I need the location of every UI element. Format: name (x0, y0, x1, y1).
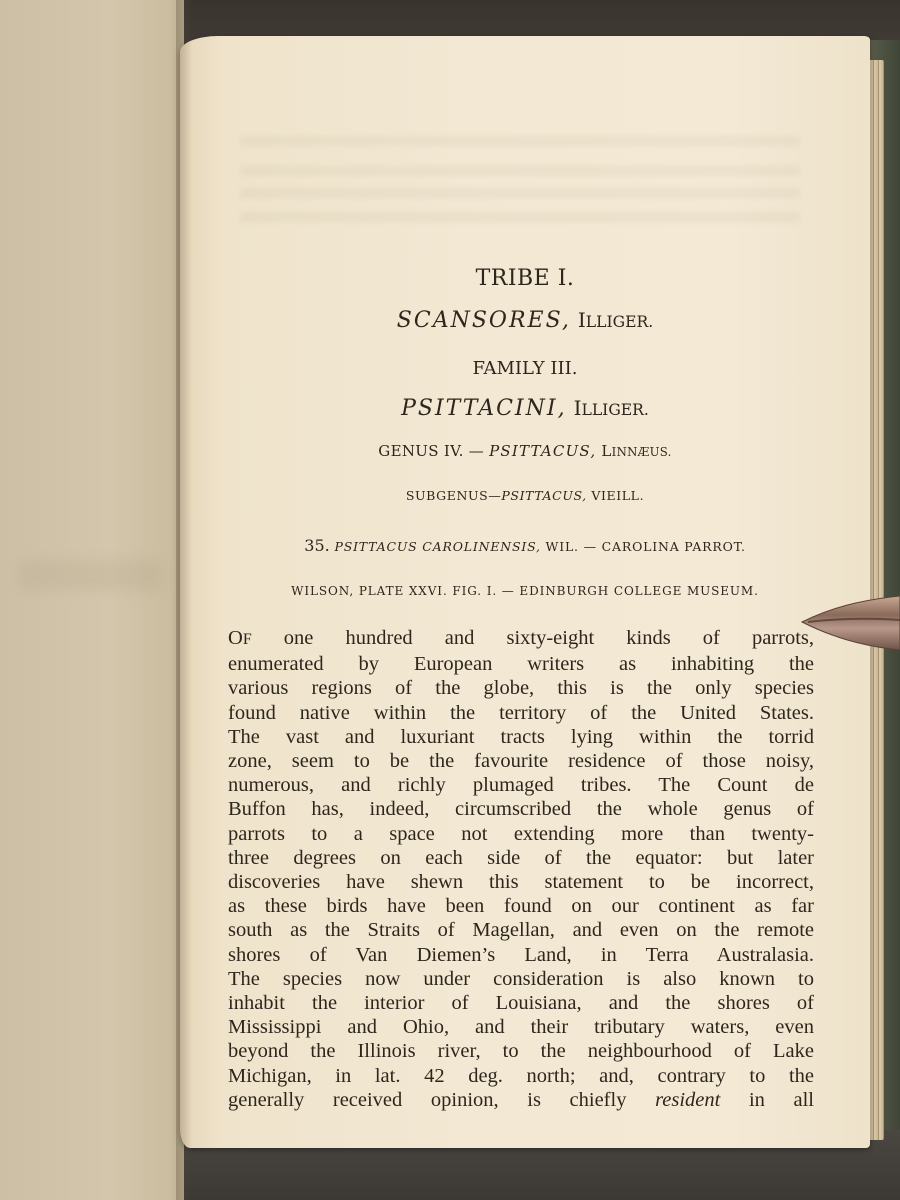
genus-author-initial: L (596, 442, 611, 460)
body-line-text: in all (720, 1089, 814, 1111)
body-line: beyond the Illinois river, to the neighb… (228, 1039, 814, 1063)
left-page-showthrough (20, 560, 160, 590)
species-number: 35. (304, 536, 329, 555)
left-facing-page (0, 0, 184, 1200)
species-entry: 35. PSITTACUS CAROLINENSIS, WIL. — CAROL… (180, 536, 870, 555)
body-line: The vast and luxuriant tracts lying with… (228, 725, 814, 749)
order-author-initial: I (578, 308, 586, 332)
species-scientific-name: PSITTACUS CAROLINENSIS, (335, 539, 541, 554)
plate-reference: WILSON, PLATE XXVI. FIG. I. — EDINBURGH … (180, 584, 870, 598)
showthrough-text (240, 212, 800, 222)
body-line: discoveries have shewn this statement to… (228, 870, 814, 894)
body-line: Michigan, in lat. 42 deg. north; and, co… (228, 1064, 814, 1088)
body-line: shores of Van Diemen’s Land, in Terra Au… (228, 943, 814, 967)
body-line: inhabit the interior of Louisiana, and t… (228, 991, 814, 1015)
subgenus-prefix: SUBGENUS— (406, 488, 502, 503)
page-gutter-shadow (176, 0, 192, 1200)
genus-heading: GENUS IV. — PSITTACUS, LINNÆUS. (180, 442, 870, 460)
family-name-heading: PSITTACINI, ILLIGER. (180, 396, 870, 421)
order-heading: SCANSORES, ILLIGER. (180, 308, 870, 333)
body-line-text: one hundred and sixty-eight kinds of par… (252, 627, 814, 649)
body-line: three degrees on each side of the equato… (228, 846, 814, 870)
family-name: PSITTACINI, (401, 396, 566, 421)
body-line: parrots to a space not extending more th… (228, 822, 814, 846)
showthrough-text (240, 188, 800, 198)
genus-prefix: GENUS IV. — (378, 442, 489, 460)
genus-name: PSITTACUS, (489, 442, 596, 460)
body-line-text: generally received opinion, is chiefly (228, 1089, 655, 1111)
order-author-rest: LLIGER. (586, 313, 653, 331)
body-line: The species now under consideration is a… (228, 967, 814, 991)
species-common-name: WIL. — CAROLINA PARROT. (541, 539, 746, 554)
body-line: OF one hundred and sixty-eight kinds of … (228, 626, 814, 652)
body-line: zone, seem to be the favourite residence… (228, 749, 814, 773)
first-word-rest: F (243, 631, 252, 648)
subgenus-heading: SUBGENUS—PSITTACUS, VIEILL. (180, 488, 870, 503)
first-word: OF (228, 627, 252, 649)
page-clip-bookmark (800, 592, 900, 654)
tribe-heading: TRIBE I. (180, 266, 870, 291)
body-line-last: generally received opinion, is chiefly r… (228, 1088, 814, 1112)
showthrough-text (240, 166, 800, 176)
genus-author-rest: INNÆUS. (612, 445, 672, 459)
italic-word-resident: resident (655, 1089, 720, 1111)
book-page: TRIBE I. SCANSORES, ILLIGER. FAMILY III.… (180, 36, 870, 1148)
body-line: Mississippi and Ohio, and their tributar… (228, 1015, 814, 1039)
subgenus-name: PSITTACUS, (501, 488, 586, 503)
first-word-initial: O (228, 627, 243, 649)
family-heading: FAMILY III. (180, 358, 870, 379)
body-line: Buffon has, indeed, circumscribed the wh… (228, 797, 814, 821)
body-line: numerous, and richly plumaged tribes. Th… (228, 773, 814, 797)
body-line: south as the Straits of Magellan, and ev… (228, 918, 814, 942)
order-author: ILLIGER. (578, 308, 653, 332)
showthrough-text (240, 136, 800, 146)
order-name: SCANSORES, (397, 308, 571, 333)
body-paragraph: OF one hundred and sixty-eight kinds of … (228, 626, 814, 1112)
body-line: enumerated by European writers as inhabi… (228, 652, 814, 676)
subgenus-author: VIEILL. (587, 488, 644, 503)
family-author: ILLIGER. (574, 396, 649, 420)
metal-clip-icon (800, 592, 900, 654)
body-line: various regions of the globe, this is th… (228, 676, 814, 700)
family-author-rest: LLIGER. (581, 401, 648, 419)
body-line: as these birds have been found on our co… (228, 894, 814, 918)
body-line: found native within the territory of the… (228, 701, 814, 725)
